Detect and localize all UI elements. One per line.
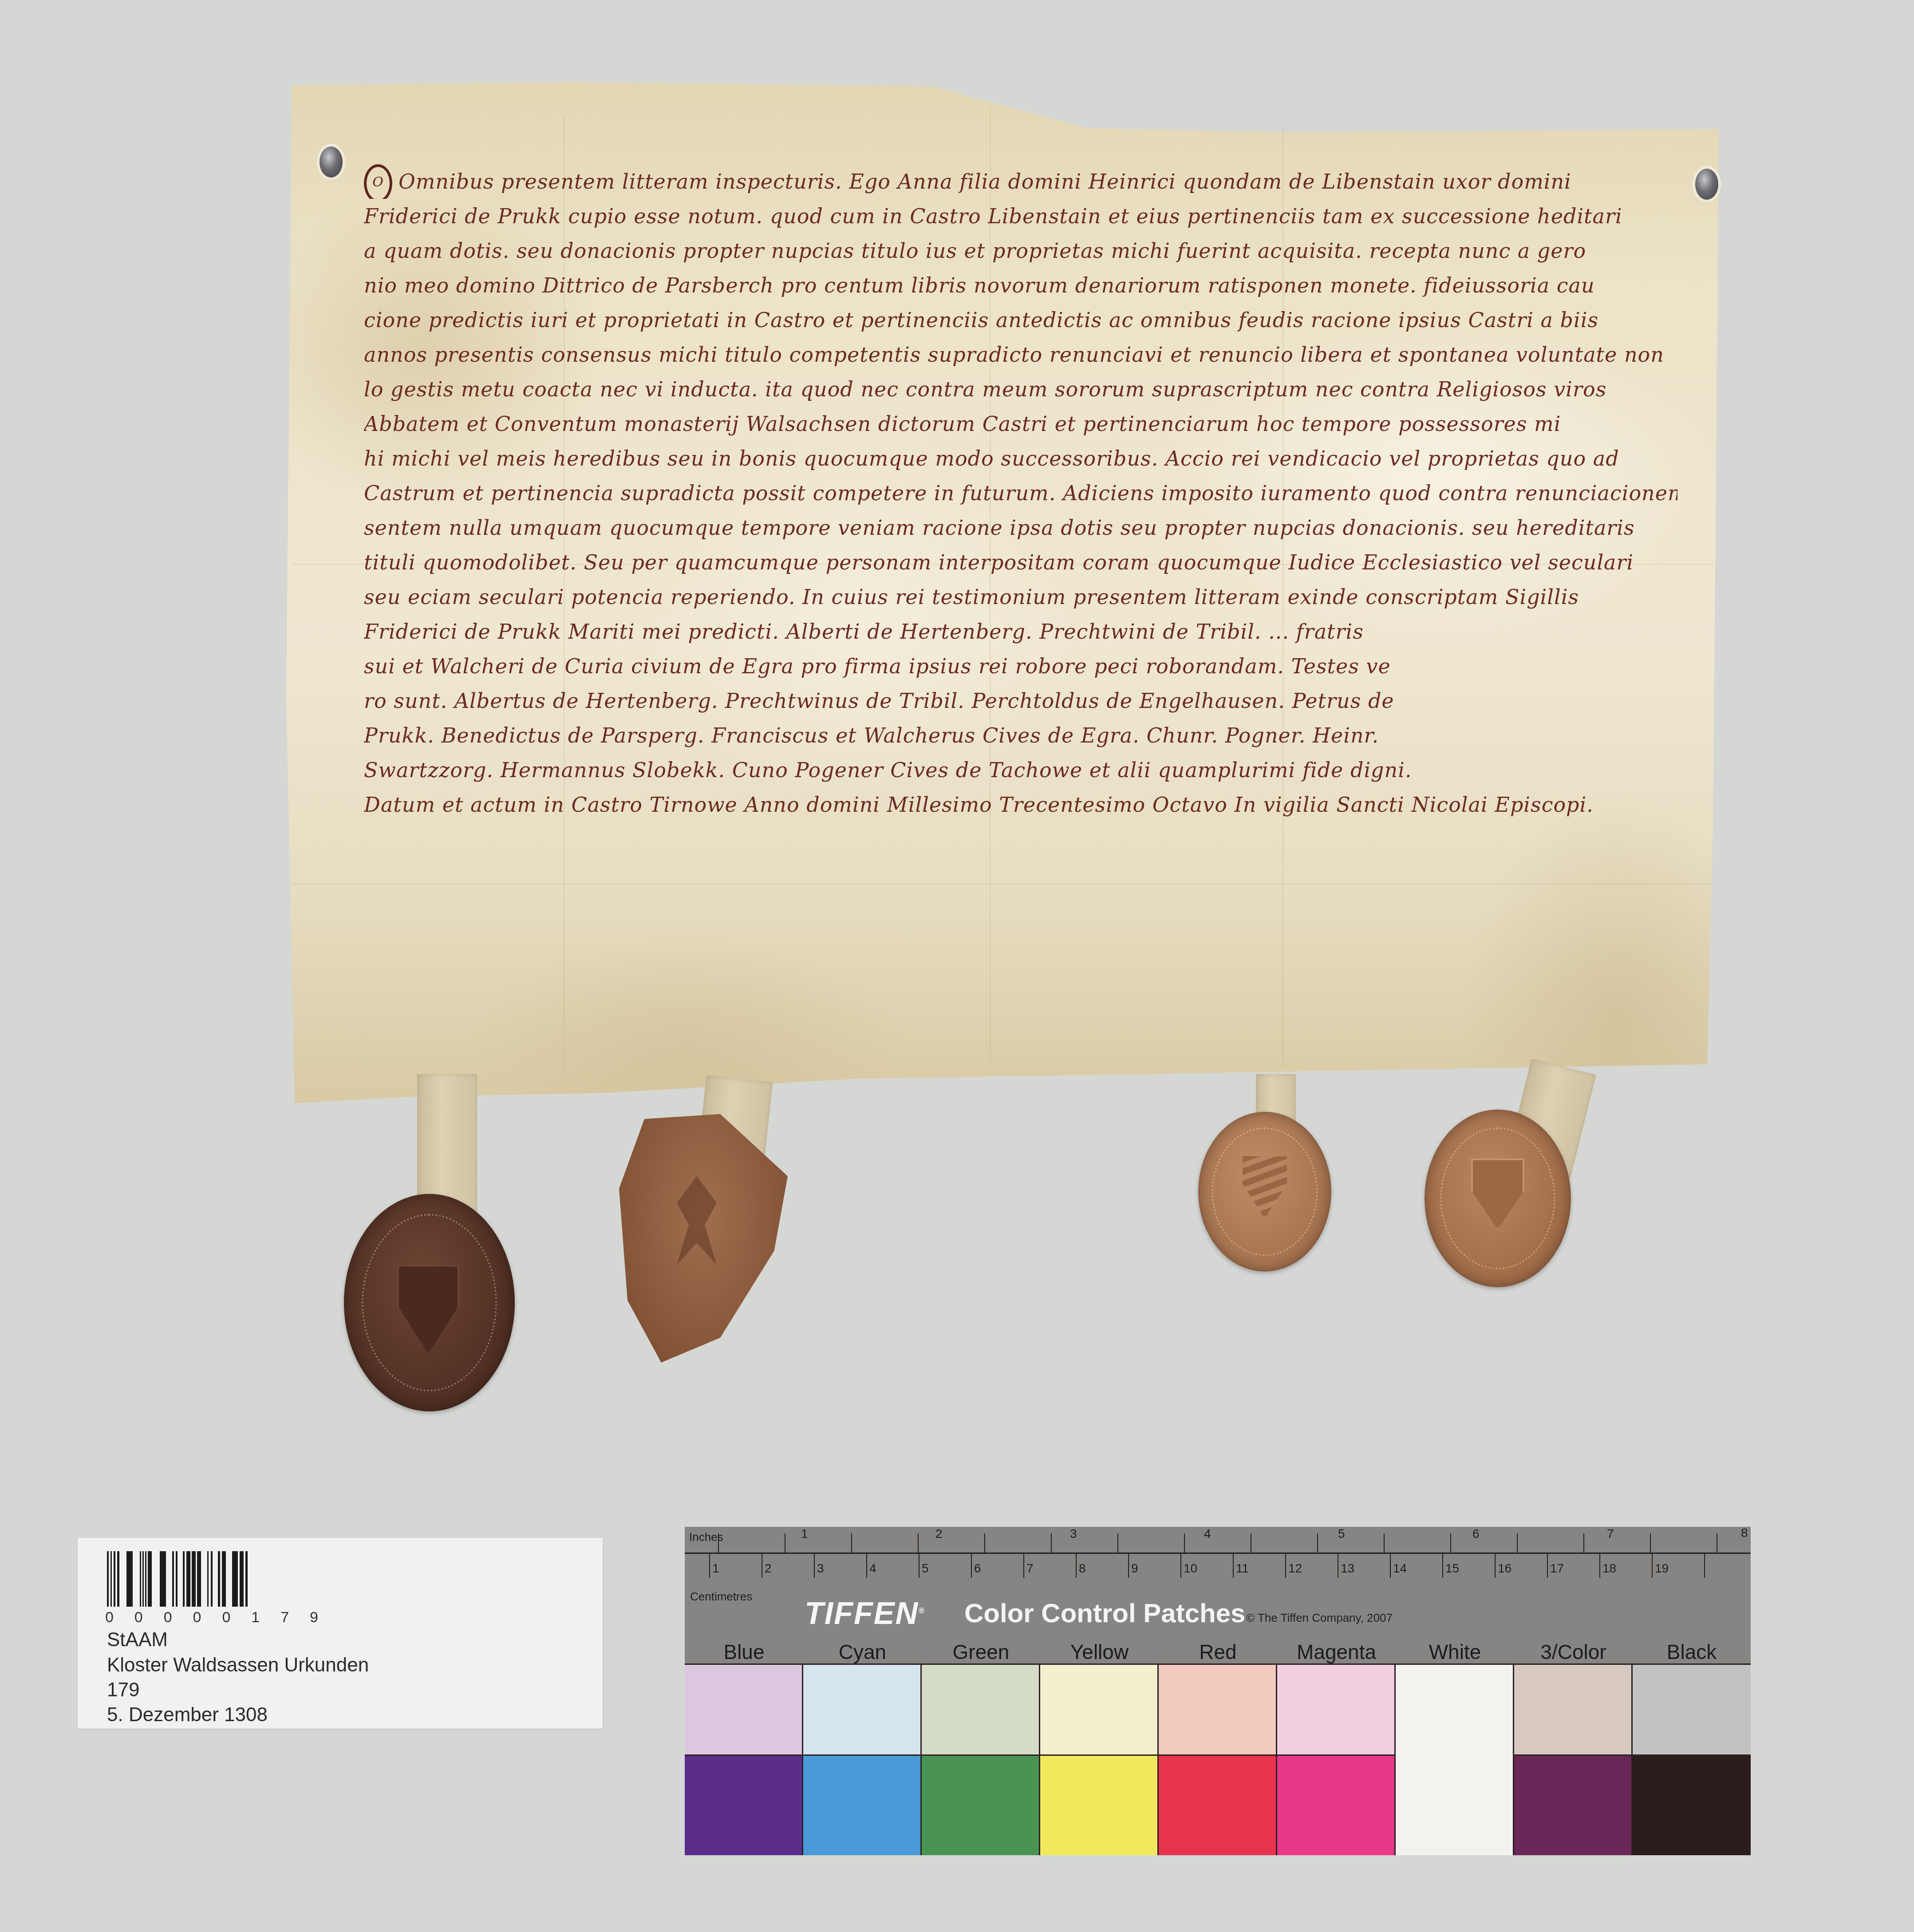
text-line: a quam dotis. seu donacionis propter nup… [364, 233, 1677, 268]
text-line: ro sunt. Albertus de Hertenberg. Prechtw… [364, 684, 1677, 718]
color-control-chart: Inches 1 2 3 4 5 6 7 8 1 2 3 4 5 6 7 [685, 1527, 1751, 1855]
barcode [107, 1551, 318, 1607]
decorated-initial: O [364, 164, 392, 199]
patch-magenta-dark [1277, 1756, 1396, 1855]
wax-seal-round [344, 1194, 515, 1411]
fleur-de-lis-icon [677, 1176, 717, 1265]
text-line: Abbatem et Conventum monasterij Walsachs… [364, 407, 1677, 441]
text-line: hi michi vel meis heredibus seu in bonis… [364, 441, 1677, 476]
color-patches [685, 1663, 1751, 1855]
collection-name: Kloster Waldsassen Urkunden [107, 1654, 369, 1676]
text-line: lo gestis metu coacta nec vi inducta. it… [364, 372, 1677, 407]
text-line: sentem nulla umquam quocumque tempore ve… [364, 510, 1677, 545]
patch-green-dark [922, 1756, 1040, 1855]
charter-text: OOmnibus presentem litteram inspecturis.… [364, 164, 1677, 822]
mounting-pin-icon [320, 146, 343, 178]
patch-green-light [922, 1663, 1040, 1756]
text-line: cione predictis iuri et proprietati in C… [364, 303, 1677, 337]
text-line: Friderici de Prukk cupio esse notum. quo… [364, 199, 1677, 233]
patch-black-light [1633, 1663, 1751, 1756]
mounting-pin-icon [1695, 169, 1718, 200]
tiffen-logo: TIFFEN® [805, 1596, 925, 1631]
text-line: Swartzzorg. Hermannus Slobekk. Cuno Poge… [364, 753, 1677, 787]
patch-blue-dark [685, 1756, 803, 1855]
text-line: seu eciam seculari potencia reperiendo. … [364, 580, 1677, 614]
text-line: Friderici de Prukk Mariti mei predicti. … [364, 614, 1677, 649]
patch-cyan-dark [803, 1756, 922, 1855]
text-line: Prukk. Benedictus de Parsperg. Franciscu… [364, 718, 1677, 753]
wax-seal-round [1425, 1110, 1571, 1287]
wax-seal-round [1198, 1112, 1331, 1272]
text-line: Castrum et pertinencia supradicta possit… [364, 476, 1677, 510]
text-line: sui et Walcheri de Curia civium de Egra … [364, 649, 1677, 684]
patch-red-light [1159, 1663, 1277, 1756]
centimetres-label: Centimetres [690, 1590, 752, 1604]
patch-yellow-dark [1040, 1756, 1159, 1855]
patch-blue-light [685, 1663, 803, 1756]
fold-line [293, 883, 1713, 885]
ruler-axis [685, 1553, 1751, 1554]
text-line: nio meo domino Dittrico de Parsberch pro… [364, 268, 1677, 303]
patch-cyan-light [803, 1663, 922, 1756]
document-number: 179 [107, 1679, 139, 1701]
ruler: Inches 1 2 3 4 5 6 7 8 1 2 3 4 5 6 7 [685, 1527, 1751, 1582]
patch-3color-light [1514, 1663, 1633, 1756]
patch-red-dark [1159, 1756, 1277, 1855]
document-date: 5. Dezember 1308 [107, 1704, 268, 1726]
text-line: annos presentis consensus michi titulo c… [364, 337, 1677, 372]
text-line: tituli quomodolibet. Seu per quamcumque … [364, 545, 1677, 580]
text-line: OOmnibus presentem litteram inspecturis.… [364, 164, 1677, 199]
patch-black-dark [1633, 1756, 1751, 1855]
patch-3color-dark [1514, 1756, 1633, 1855]
archive-name: StAAM [107, 1629, 168, 1651]
archive-label: 00000179 StAAM Kloster Waldsassen Urkund… [78, 1538, 603, 1729]
barcode-number: 00000179 [105, 1609, 318, 1626]
patch-labels: Blue Cyan Green Yellow Red Magenta White… [685, 1640, 1751, 1667]
patch-white [1396, 1663, 1514, 1855]
patch-magenta-light [1277, 1663, 1396, 1756]
text-line: Datum et actum in Castro Tirnowe Anno do… [364, 787, 1677, 822]
copyright-notice: © The Tiffen Company, 2007 [1246, 1611, 1393, 1625]
patch-yellow-light [1040, 1663, 1159, 1756]
chart-title: Color Control Patches [964, 1598, 1245, 1628]
